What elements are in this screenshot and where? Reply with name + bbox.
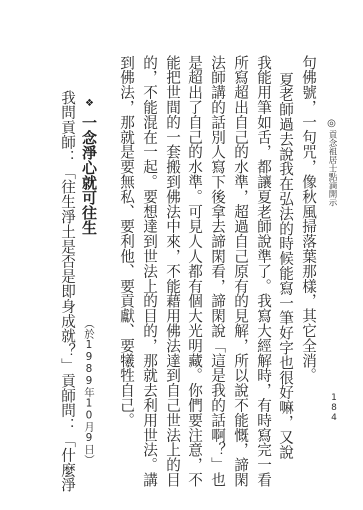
text-column-5: 法師講的話別人寫下後拿去諦閑看，諦閑說「這是我的話啊？」也 (206, 55, 228, 487)
running-header-title: 貢念祖居士點滴開示 (326, 130, 338, 207)
book-page: ◎ 貢念祖居士點滴開示 184 句佛號，一句咒，像秋風掃落葉那樣，其它全消。 夏… (0, 0, 363, 510)
diamond-bullet-icon: ❖ (78, 98, 100, 109)
page-number: 184 (328, 393, 339, 423)
section-date-note: （於1989年10月9日） (82, 318, 96, 465)
text-column-3: 我能用筆如舌，都讓夏老師說準了。我寫大經解時，有時寫完一看 (252, 55, 274, 487)
text-column-1: 句佛號，一句咒，像秋風掃落葉那樣，其它全消。 (297, 55, 319, 383)
section-heading: ❖一念淨心就可往生 (78, 98, 100, 235)
text-column-4: 所寫超出自己的水準，超過自己原有的見解，所以說不能慨，諦閑 (229, 55, 251, 487)
text-column-10: 我問貢師：「往生淨土是否是即身成就？」貢師問：「什麼淨 (56, 90, 78, 492)
section-title-text: 一念淨心就可往生 (80, 115, 98, 235)
header-emblem-icon: ◎ (326, 118, 337, 129)
text-column-7: 能把世間的一套搬到佛法中來，不能藉用佛法達到自己世法上的目 (161, 55, 183, 487)
text-column-8: 的，不能混在一起。要想達到世法上的目的，那就去利用世法。講 (138, 55, 160, 487)
text-column-2: 夏老師過去說我在弘法的時候能寫一筆好字也很好嘛，又說 (274, 72, 296, 459)
text-column-6: 是超出了自己的水準。可見人人都有個大光明藏。你們要注意，不 (183, 55, 205, 487)
text-column-9: 到佛法，那就是要無私、要利他、要貢獻、要犧牲自己。 (115, 55, 137, 428)
